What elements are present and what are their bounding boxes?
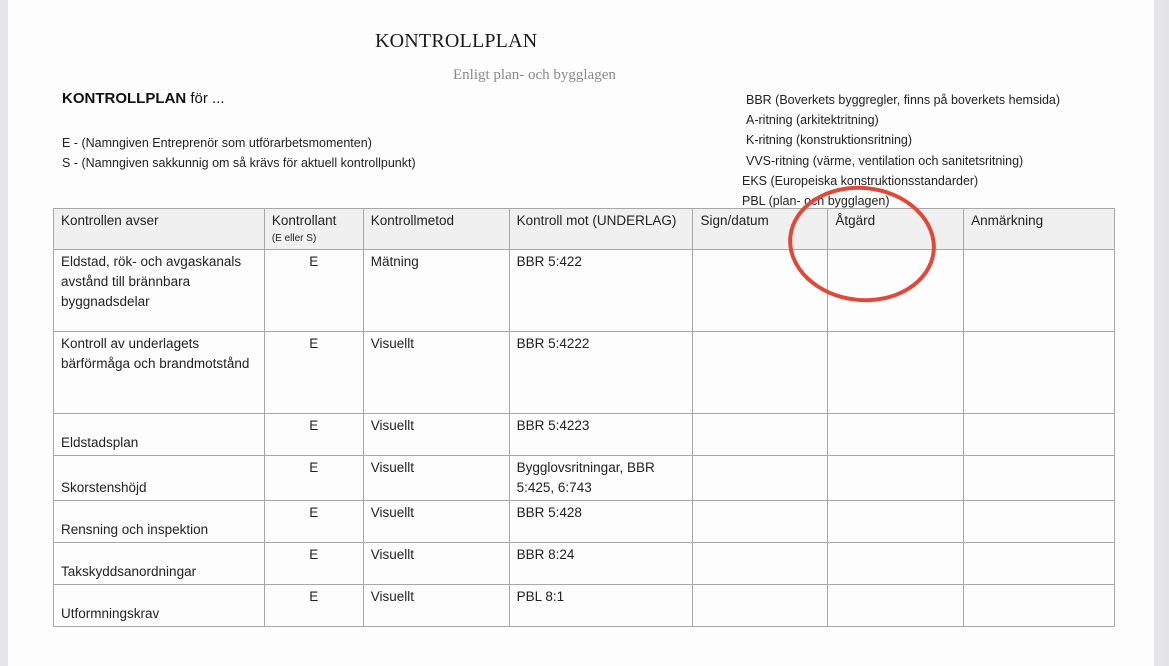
legend-item: EKS (Europeiska konstruktionsstandarder) <box>742 171 1060 191</box>
cell-sign <box>693 250 828 332</box>
legend-item: VVS-ritning (värme, ventilation och sani… <box>744 151 1060 171</box>
cell-sign <box>693 414 828 456</box>
cell-atgard <box>828 250 964 332</box>
header-kontrollant-sub: (E eller S) <box>272 231 356 247</box>
cell-avser: Utformningskrav <box>54 585 265 627</box>
page-subtitle: Enligt plan- och bygglagen <box>453 67 616 84</box>
cell-metod: Visuellt <box>363 332 509 414</box>
table-row: Kontroll av underlagets bärförmåga och b… <box>54 332 1115 414</box>
cell-kontrollant: E <box>264 543 363 585</box>
cell-sign <box>693 501 828 543</box>
cell-atgard <box>828 414 964 456</box>
legend-item: A-ritning (arkitektritning) <box>744 110 1060 130</box>
cell-metod: Mätning <box>363 250 509 332</box>
cell-sign <box>693 456 828 501</box>
role-legend: E - (Namngiven Entreprenör som utförarbe… <box>62 133 416 173</box>
cell-mot: Bygglovsritningar, BBR 5:425, 6:743 <box>509 456 693 501</box>
cell-avser: Kontroll av underlagets bärförmåga och b… <box>54 332 265 414</box>
cell-kontrollant: E <box>264 414 363 456</box>
header-metod: Kontrollmetod <box>363 209 509 250</box>
table-row: TakskyddsanordningarEVisuelltBBR 8:24 <box>54 543 1115 585</box>
cell-atgard <box>828 456 964 501</box>
control-plan-table: Kontrollen avser Kontrollant(E eller S) … <box>53 208 1115 627</box>
plan-heading: KONTROLLPLAN för ... <box>62 90 225 107</box>
table-row: Rensning och inspektionEVisuelltBBR 5:42… <box>54 501 1115 543</box>
header-kontrollant: Kontrollant(E eller S) <box>264 209 363 250</box>
cell-metod: Visuellt <box>363 543 509 585</box>
cell-metod: Visuellt <box>363 456 509 501</box>
cell-anmarkning <box>964 250 1115 332</box>
cell-sign <box>693 332 828 414</box>
header-anmarkning: Anmärkning <box>964 209 1115 250</box>
cell-sign <box>693 585 828 627</box>
cell-atgard <box>828 332 964 414</box>
table-row: EldstadsplanEVisuelltBBR 5:4223 <box>54 414 1115 456</box>
header-sign: Sign/datum <box>693 209 828 250</box>
header-kontrollant-label: Kontrollant <box>272 213 337 228</box>
cell-avser: Rensning och inspektion <box>54 501 265 543</box>
cell-metod: Visuellt <box>363 414 509 456</box>
table-header-row: Kontrollen avser Kontrollant(E eller S) … <box>54 209 1115 250</box>
heading-bold: KONTROLLPLAN <box>62 90 186 107</box>
cell-mot: BBR 5:4222 <box>509 332 693 414</box>
cell-anmarkning <box>964 501 1115 543</box>
cell-anmarkning <box>964 414 1115 456</box>
cell-mot: PBL 8:1 <box>509 585 693 627</box>
cell-mot: BBR 5:4223 <box>509 414 693 456</box>
header-avser: Kontrollen avser <box>54 209 265 250</box>
header-mot: Kontroll mot (UNDERLAG) <box>509 209 693 250</box>
table-row: SkorstenshöjdEVisuelltBygglovsritningar,… <box>54 456 1115 501</box>
abbreviation-legend: BBR (Boverkets byggregler, finns på bove… <box>744 90 1060 211</box>
cell-metod: Visuellt <box>363 501 509 543</box>
cell-avser: Eldstad, rök- och avgaskanals avstånd ti… <box>54 250 265 332</box>
legend-item: S - (Namngiven sakkunnig om så krävs för… <box>62 153 416 173</box>
cell-mot: BBR 5:428 <box>509 501 693 543</box>
legend-item: E - (Namngiven Entreprenör som utförarbe… <box>62 133 416 153</box>
heading-rest: för ... <box>186 90 224 107</box>
cell-avser: Skorstenshöjd <box>54 456 265 501</box>
cell-sign <box>693 543 828 585</box>
cell-kontrollant: E <box>264 250 363 332</box>
cell-kontrollant: E <box>264 456 363 501</box>
cell-kontrollant: E <box>264 585 363 627</box>
table-row: Eldstad, rök- och avgaskanals avstånd ti… <box>54 250 1115 332</box>
table-row: UtformningskravEVisuelltPBL 8:1 <box>54 585 1115 627</box>
page-title: KONTROLLPLAN <box>375 30 537 53</box>
cell-kontrollant: E <box>264 332 363 414</box>
cell-avser: Takskyddsanordningar <box>54 543 265 585</box>
legend-item: BBR (Boverkets byggregler, finns på bove… <box>744 90 1060 110</box>
legend-item: K-ritning (konstruktionsritning) <box>744 130 1060 150</box>
header-atgard: Åtgärd <box>828 209 964 250</box>
cell-atgard <box>828 585 964 627</box>
cell-metod: Visuellt <box>363 585 509 627</box>
cell-kontrollant: E <box>264 501 363 543</box>
cell-atgard <box>828 501 964 543</box>
page-edge <box>1162 0 1169 666</box>
cell-atgard <box>828 543 964 585</box>
cell-mot: BBR 8:24 <box>509 543 693 585</box>
cell-avser: Eldstadsplan <box>54 414 265 456</box>
cell-anmarkning <box>964 456 1115 501</box>
cell-anmarkning <box>964 332 1115 414</box>
cell-mot: BBR 5:422 <box>509 250 693 332</box>
cell-anmarkning <box>964 585 1115 627</box>
cell-anmarkning <box>964 543 1115 585</box>
